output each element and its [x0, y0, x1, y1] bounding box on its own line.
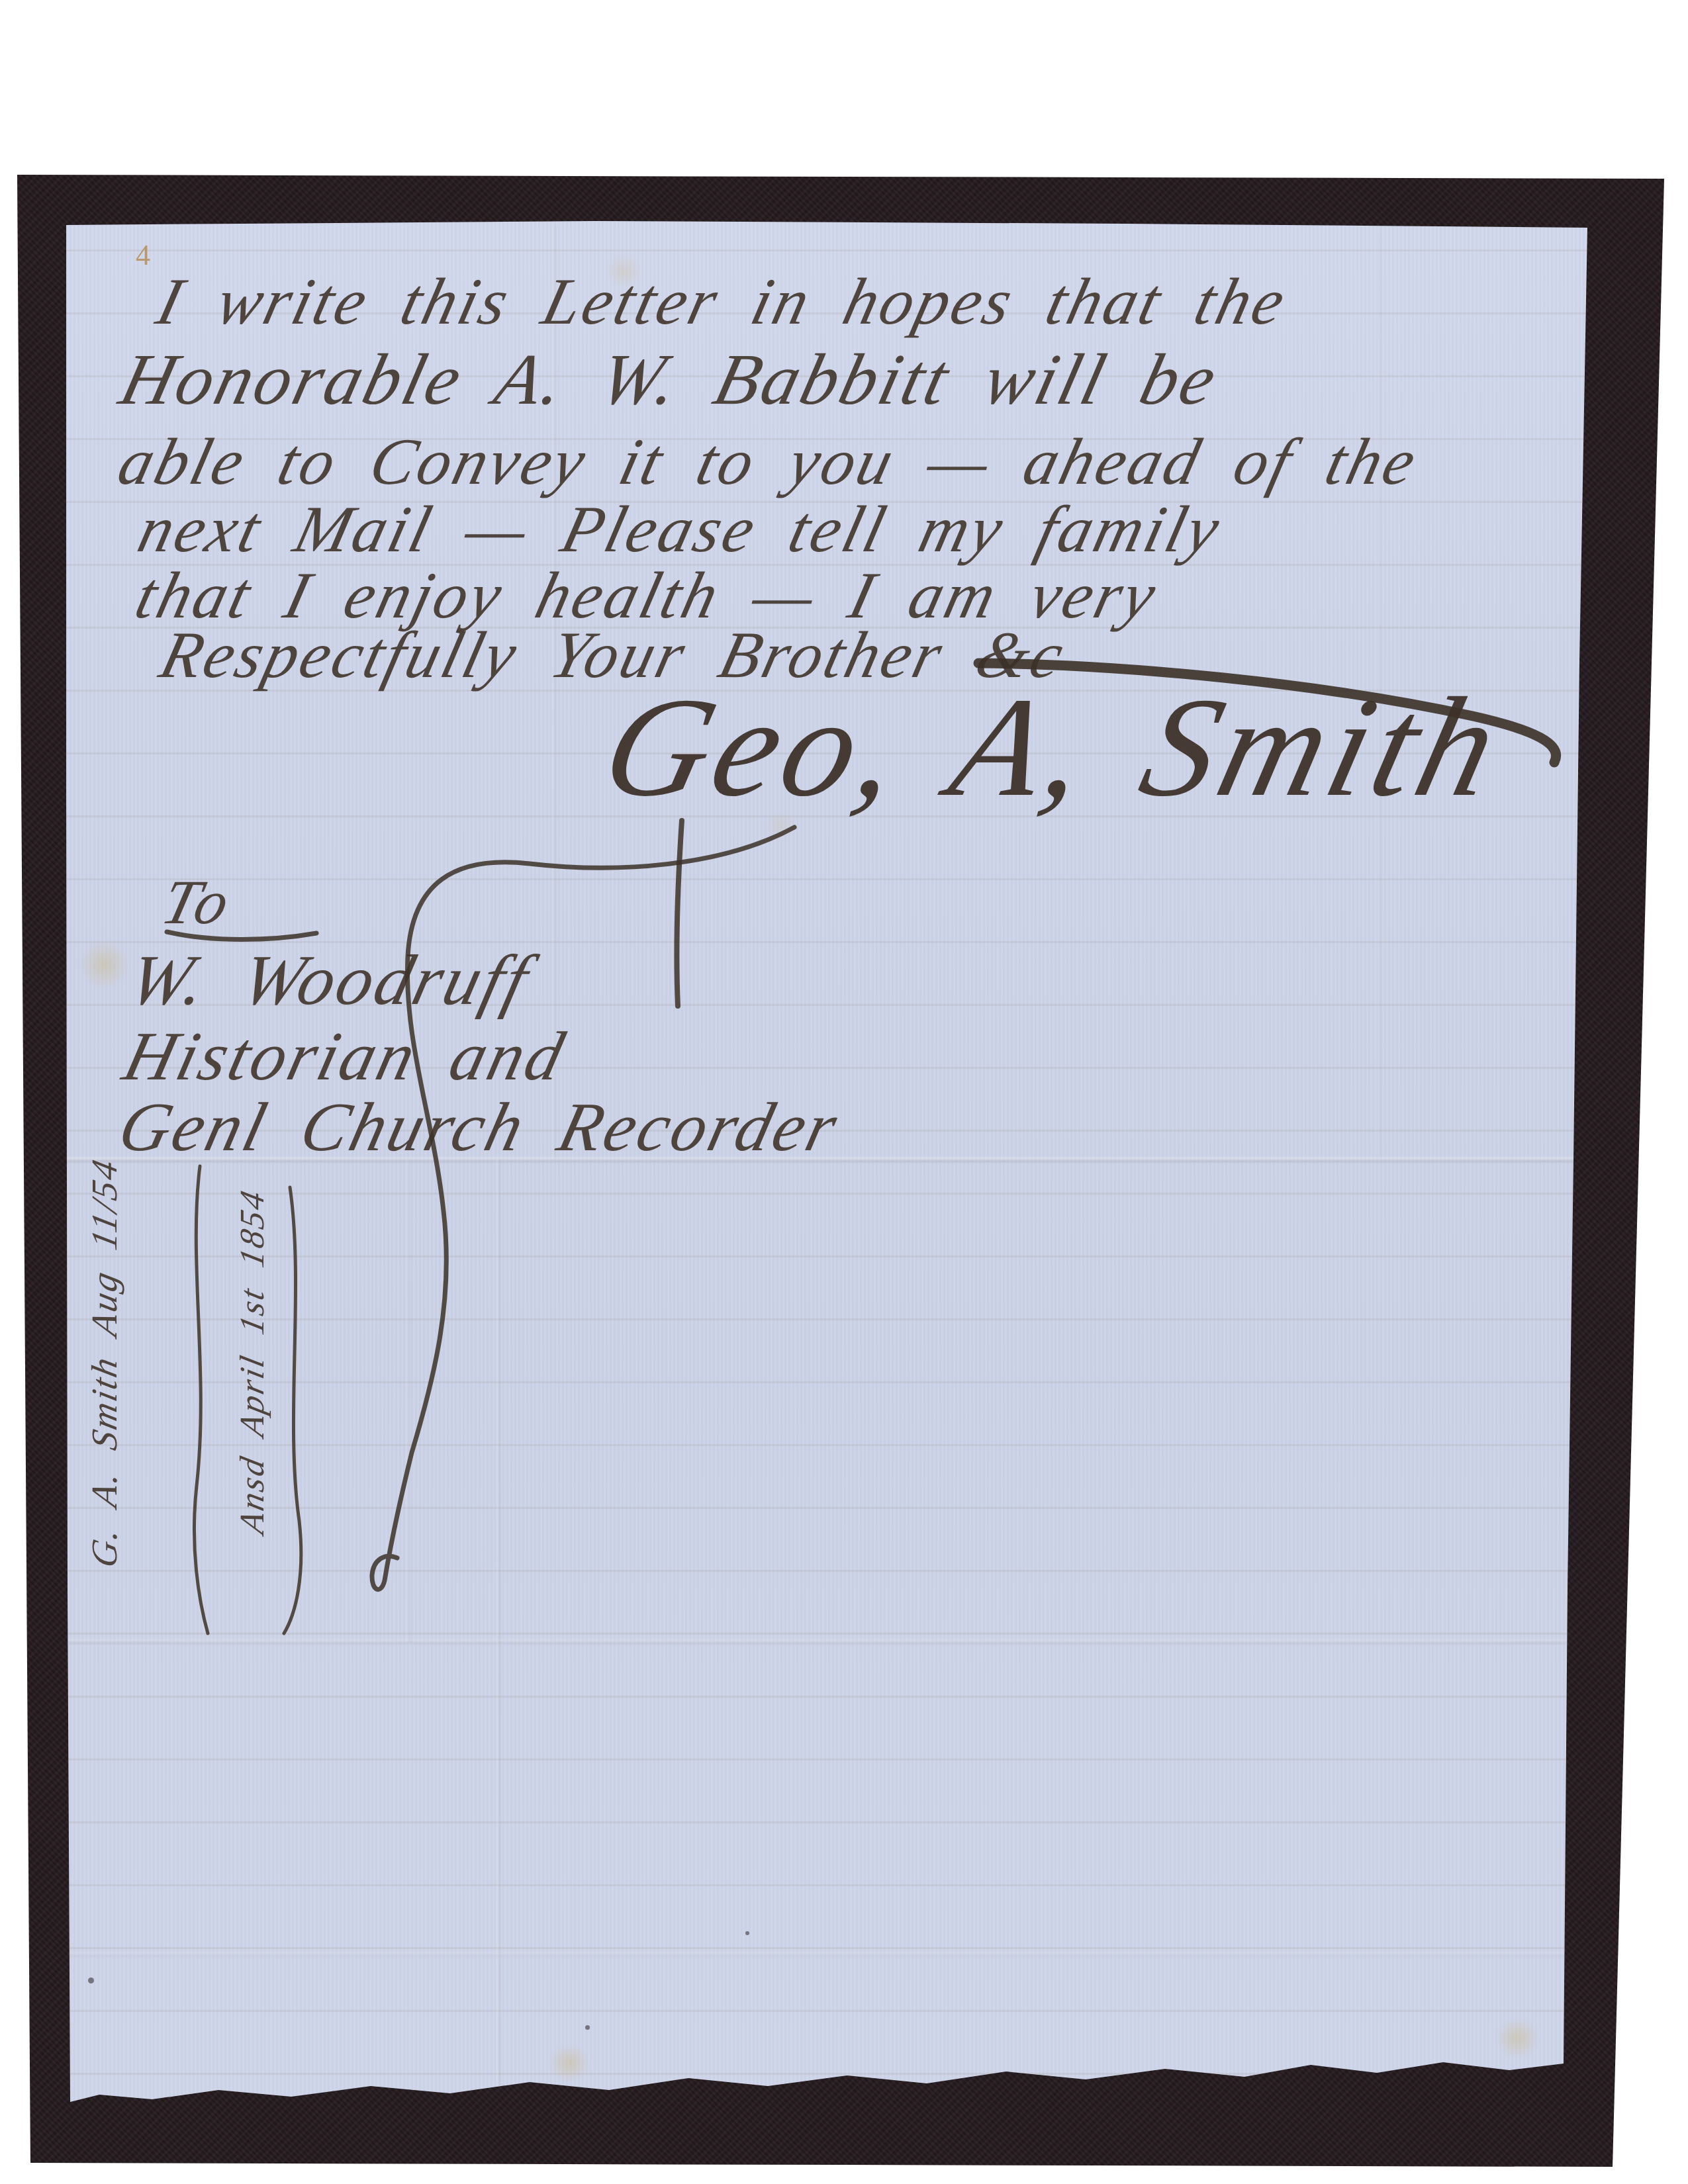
letter-line: I write this Letter in hopes that the: [150, 263, 1295, 340]
letter-line: next Mail — Please tell my family: [131, 491, 1230, 567]
fold-crease-horizontal: [66, 1952, 1575, 1957]
paper-stain: [1496, 2019, 1539, 2058]
ink-speck: [88, 1978, 94, 1983]
ink-speck: [585, 2025, 590, 2030]
paper-stain: [79, 940, 129, 989]
letter-line: able to Convey it to you — ahead of the: [111, 424, 1426, 500]
ink-speck: [745, 1931, 749, 1935]
docket-note-sender-date: G. A. Smith Aug 11/54: [83, 1178, 125, 1570]
fold-crease-vertical: [406, 1160, 410, 1643]
fold-crease-vertical: [496, 1160, 500, 2086]
address-line: W. Woodruff: [121, 940, 539, 1022]
address-line: Genl Church Recorder: [111, 1087, 848, 1167]
address-line: Historian and: [116, 1016, 574, 1096]
address-to: To: [155, 866, 239, 938]
paper-stain: [549, 2045, 589, 2081]
signature: Geo, A, Smith: [588, 665, 1518, 829]
docket-note-answered-date: Ansd April 1st 1854: [233, 1198, 272, 1537]
fold-crease-horizontal: [66, 1639, 1575, 1644]
letter-paper: 4 I write this Letter in hopes that the …: [0, 0, 1688, 2184]
page-number: 4: [136, 238, 150, 272]
letter-line: Honorable A. W. Babbitt will be: [112, 338, 1227, 422]
letter-scan: 4 I write this Letter in hopes that the …: [0, 0, 1688, 2184]
